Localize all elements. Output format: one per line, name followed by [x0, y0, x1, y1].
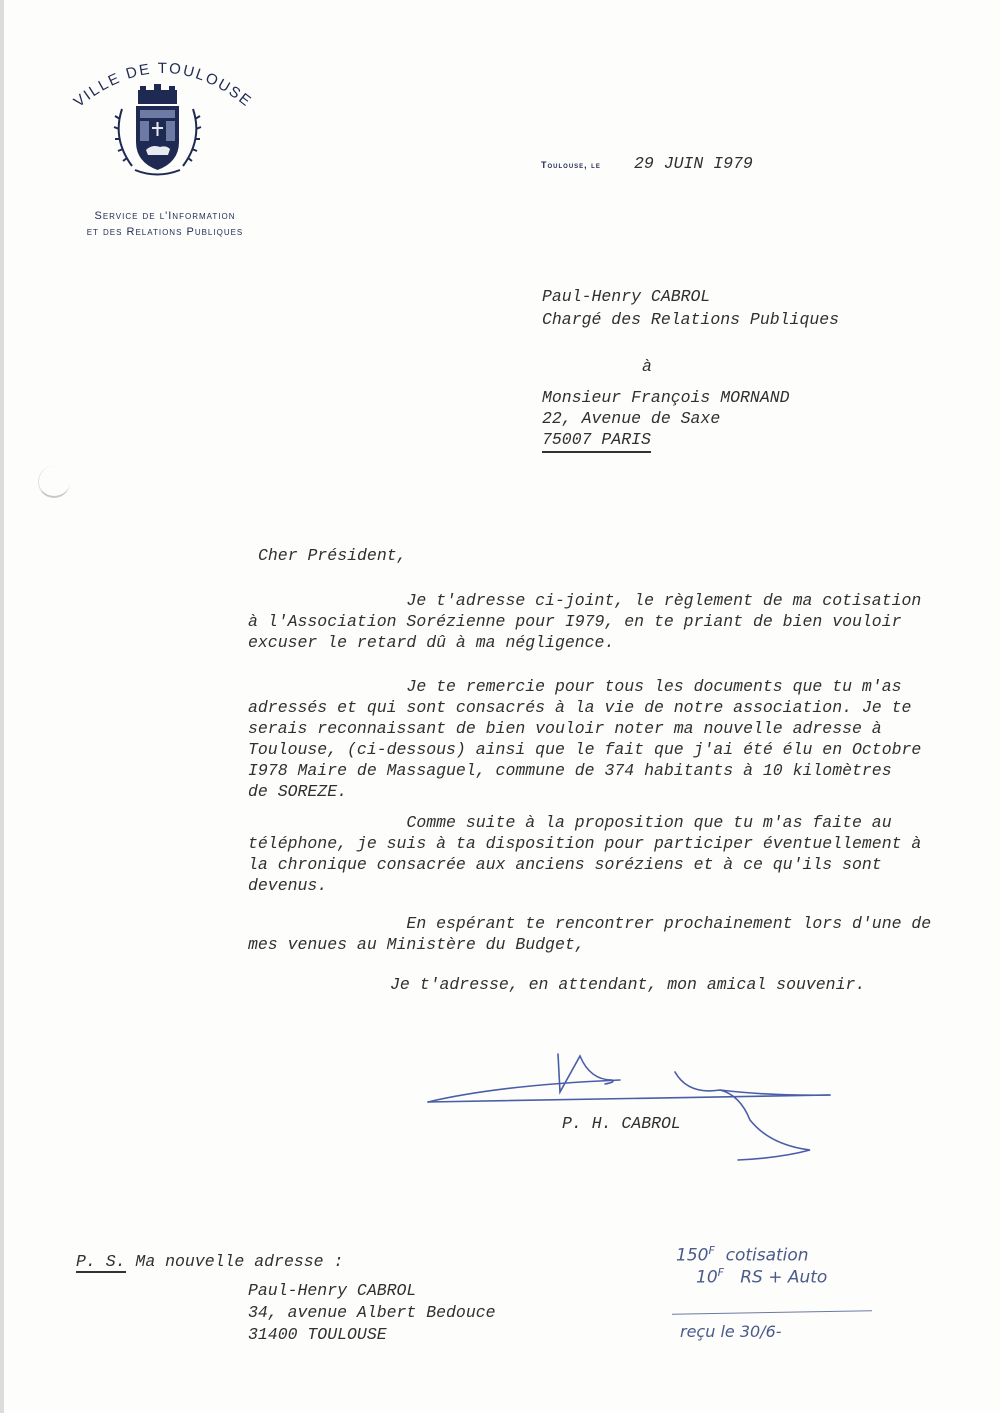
handwritten-rule [672, 1310, 872, 1314]
recipient-city: 75007 PARIS [542, 430, 651, 453]
paragraph-1: Je t'adresse ci-joint, le règlement de m… [248, 590, 948, 653]
handwritten-note-1: 150F cotisation [676, 1244, 809, 1266]
recipient-street: 22, Avenue de Saxe [542, 408, 790, 429]
sender-block: Paul-Henry CABROL Chargé des Relations P… [542, 285, 839, 331]
signed-name: P. H. CABROL [562, 1114, 681, 1133]
page-edge [0, 0, 4, 1413]
service-line-1: Service de l'Information [50, 208, 280, 224]
new-address-city: 31400 TOULOUSE [248, 1324, 496, 1346]
salutation: Cher Président, [258, 546, 407, 565]
handwritten-note-3: reçu le 30/6- [680, 1322, 782, 1341]
coat-of-arms-icon [110, 84, 205, 179]
postscript-label: P. S. [76, 1252, 126, 1273]
signature-icon [420, 1050, 840, 1170]
sender-name: Paul-Henry CABROL [542, 285, 839, 308]
paragraph-3: Comme suite à la proposition que tu m'as… [248, 812, 948, 896]
paragraph-2: Je te remercie pour tous les documents q… [248, 676, 948, 802]
paragraph-4: En espérant te rencontrer prochainement … [248, 913, 948, 955]
punch-hole-mark [38, 466, 70, 498]
to-word: à [642, 357, 652, 376]
recipient-block: Monsieur François MORNAND 22, Avenue de … [542, 387, 790, 450]
handwritten-note-2: 10F RS + Auto [696, 1266, 827, 1288]
date-label: Toulouse, le [541, 160, 601, 170]
letterhead-service: Service de l'Information et des Relation… [50, 208, 280, 240]
letter-date: 29 JUIN I979 [634, 154, 753, 173]
recipient-name: Monsieur François MORNAND [542, 387, 790, 408]
service-line-2: et des Relations Publiques [50, 224, 280, 240]
postscript: P. S. Ma nouvelle adresse : [76, 1252, 343, 1271]
postscript-text: Ma nouvelle adresse : [126, 1252, 344, 1271]
sender-title: Chargé des Relations Publiques [542, 308, 839, 331]
closing-line: Je t'adresse, en attendant, mon amical s… [390, 975, 865, 994]
new-address-name: Paul-Henry CABROL [248, 1280, 496, 1302]
new-address-street: 34, avenue Albert Bedouce [248, 1302, 496, 1324]
new-address-block: Paul-Henry CABROL 34, avenue Albert Bedo… [248, 1280, 496, 1346]
